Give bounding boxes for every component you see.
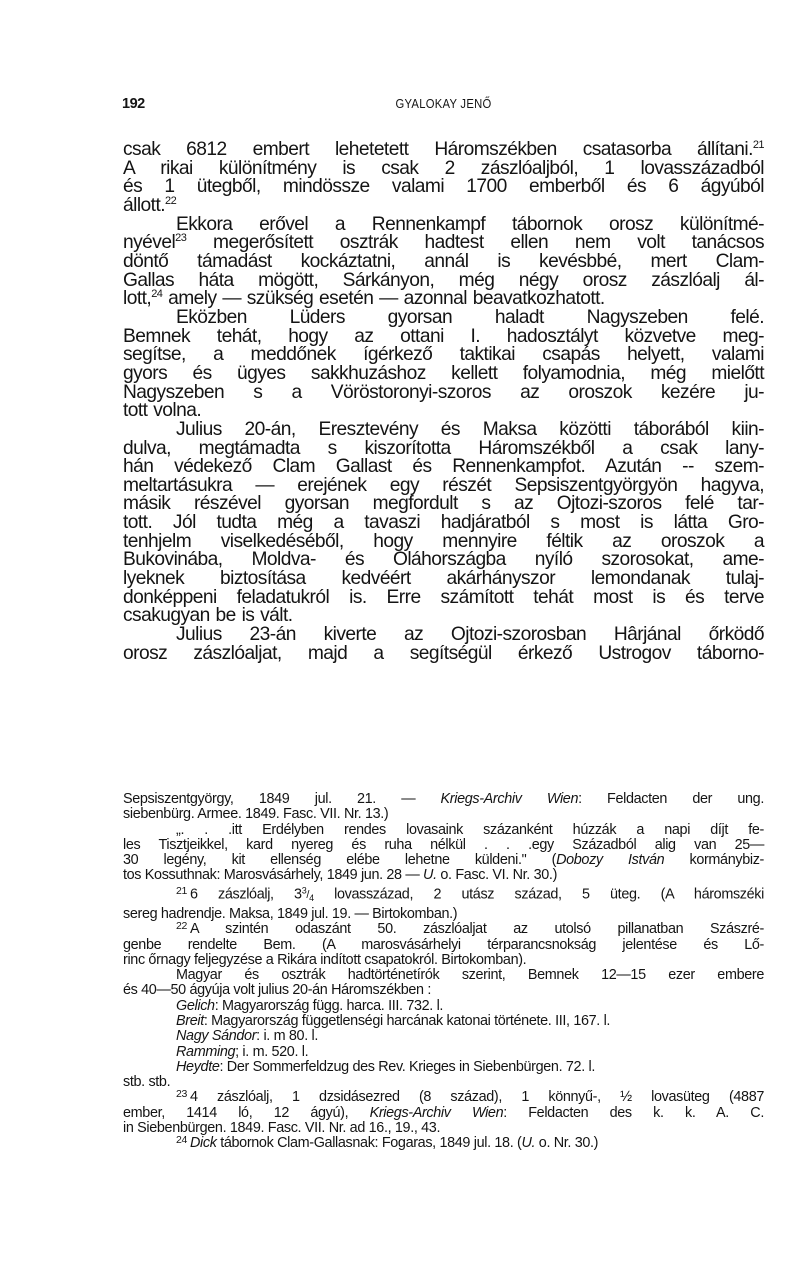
page-number: 192 <box>122 96 145 112</box>
footnote-23: 234 zászlóalj, 1 dzsidásezred (8 század)… <box>123 1090 764 1105</box>
footnote-marker: 21 <box>176 885 187 897</box>
running-title: GYALOKAY JENŐ <box>155 97 732 111</box>
footnote-line: és 40—50 ágyúja volt julius 20-án Hároms… <box>123 983 764 998</box>
running-head: 192 GYALOKAY JENŐ <box>123 96 764 116</box>
citation-line: Nagy Sándor: i. m 80. l. <box>123 1029 764 1044</box>
text-line: orosz zászlóaljat, majd a segítségül érk… <box>123 645 764 664</box>
footnote-line: 30 legény, kit ellenség elébe lehetne kü… <box>123 853 764 868</box>
footnote-line: siebenbürg. Armee. 1849. Fasc. VII. Nr. … <box>123 807 764 822</box>
footnote-marker: 22 <box>176 920 187 932</box>
footnote-marker: 24 <box>176 1134 187 1146</box>
footnote-line: „. . .itt Erdélyben rendes lovasaink szá… <box>123 823 764 838</box>
footnote-24: 24Dick tábornok Clam-Gallasnak: Fogaras,… <box>123 1136 764 1151</box>
citation-line: Gelich: Magyarország függ. harca. III. 7… <box>123 999 764 1014</box>
text-line: és 1 ütegből, mindössze valami 1700 embe… <box>123 178 764 197</box>
footnote-21: 216 zászlóalj, 33/4 lovasszázad, 2 utász… <box>123 884 764 907</box>
footnote-22: 22A szintén odaszánt 50. zászlóaljat az … <box>123 922 764 937</box>
footnote-marker: 23 <box>176 1088 187 1100</box>
footnote-line: sereg hadrendje. Maksa, 1849 jul. 19. — … <box>123 907 764 922</box>
main-text: csak 6812 embert lehetetett Háromszékben… <box>123 141 764 663</box>
footnote-reference: 23 <box>175 232 186 244</box>
footnote-line: Sepsiszentgyörgy, 1849 jul. 21. — Kriegs… <box>123 792 764 807</box>
footnote-reference: 21 <box>753 139 764 151</box>
footnote-line: genbe rendelte Bem. (A marosvásárhelyi t… <box>123 938 764 953</box>
citation-line: Heydte: Der Sommerfeldzug des Rev. Krieg… <box>123 1060 764 1075</box>
footnote-line: ember, 1414 ló, 12 ágyú), Kriegs-Archiv … <box>123 1106 764 1121</box>
footnote-line: les Tisztjeikkel, kard nyereg és ruha né… <box>123 838 764 853</box>
text-line: Nagyszeben s a Vöröstoronyi-szoros az or… <box>123 384 764 403</box>
citation-line: Breit: Magyarország függetlenségi harcán… <box>123 1014 764 1029</box>
footnote-line: tos Kossuthnak: Marosvásárhely, 1849 jun… <box>123 868 764 883</box>
citation-list: Gelich: Magyarország függ. harca. III. 7… <box>123 999 764 1075</box>
footnote-line: Magyar és osztrák hadtörténetírók szerin… <box>123 968 764 983</box>
footnotes: Sepsiszentgyörgy, 1849 jul. 21. — Kriegs… <box>123 792 764 1152</box>
footnote-reference: 22 <box>165 195 176 207</box>
citation-line: Ramming; i. m. 520. l. <box>123 1045 764 1060</box>
footnote-line: rinc őrnagy feljegyzése a Rikára indítot… <box>123 953 764 968</box>
footnote-reference: 24 <box>151 288 162 300</box>
